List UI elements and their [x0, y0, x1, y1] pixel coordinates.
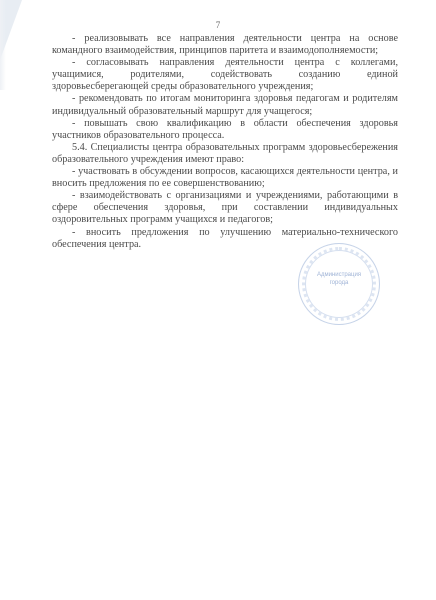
- paragraph: - рекомендовать по итогам мониторинга зд…: [52, 93, 398, 117]
- paragraph: - взаимодействовать с организациями и уч…: [52, 190, 398, 226]
- section-heading-paragraph: 5.4. Специалисты центра образовательных …: [52, 142, 398, 166]
- page-number: 7: [0, 20, 436, 30]
- paragraph: - реализовывать все направления деятельн…: [52, 33, 398, 57]
- scan-shadow-edge: [0, 0, 6, 90]
- paragraph: - повышать свою квалификацию в области о…: [52, 118, 398, 142]
- official-stamp: Администрация города: [298, 243, 380, 325]
- stamp-text: Администрация города: [299, 271, 379, 287]
- paragraph: - участвовать в обсуждении вопросов, кас…: [52, 166, 398, 190]
- stamp-line-1: Администрация: [299, 271, 379, 279]
- paragraph: - согласовывать направления деятельности…: [52, 57, 398, 93]
- stamp-line-2: города: [299, 279, 379, 287]
- document-body: - реализовывать все направления деятельн…: [52, 33, 398, 251]
